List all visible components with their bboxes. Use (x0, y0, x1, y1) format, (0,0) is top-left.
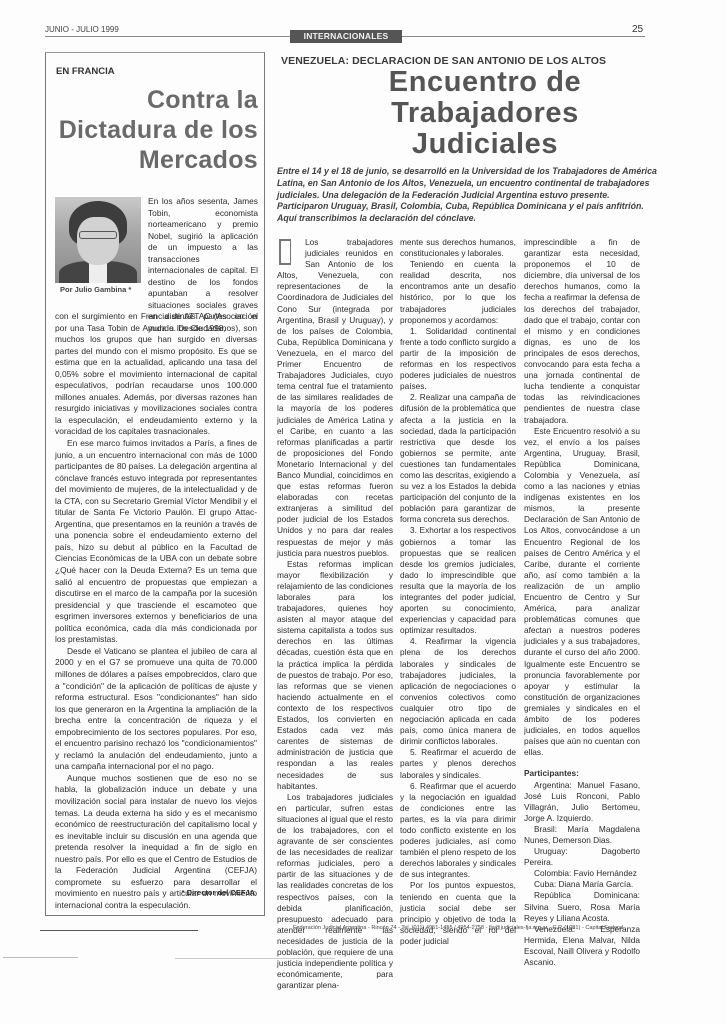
paragraph: Los trabajadores judiciales en particula… (277, 792, 393, 992)
paragraph: Este Encuentro resolvió a su vez, el env… (524, 426, 640, 759)
right-headline: Encuentro de Trabajadores Judiciales (330, 67, 640, 160)
byline: Por Julio Gambina * (60, 285, 131, 294)
paragraph: 1. Solidaridad continental frente a todo… (400, 326, 516, 393)
dropcap-icon (279, 239, 291, 265)
issue-date: JUNIO - JULIO 1999 (45, 25, 119, 34)
section-tag: INTERNACIONALES (290, 30, 402, 43)
paragraph: 6. Reafirmar que el acuerdo y la negocia… (400, 781, 516, 881)
participant-entry: Argentina: Manuel Fasano, José Luis Ronc… (524, 780, 640, 824)
participant-entry: Brasil: María Magdalena Nunes, Demerson … (524, 824, 640, 846)
left-headline: Contra la Dictadura de los Mercados (50, 85, 258, 175)
participant-entry: Uruguay: Dagoberto Pereira. (524, 846, 640, 868)
footer-contact: Federación Judicial Argentina - Rincón 7… (293, 925, 623, 931)
left-body-text: con el surgimiento en Francia de ATTAC (… (55, 311, 257, 911)
scan-artifact (3, 957, 78, 958)
left-kicker: EN FRANCIA (56, 66, 115, 77)
scan-artifact (175, 958, 335, 959)
paragraph: Estas reformas implican mayor flexibiliz… (277, 559, 393, 792)
paragraph: mente sus derechos humanos, constitucion… (400, 237, 516, 259)
column-2: mente sus derechos humanos, constitucion… (400, 237, 516, 947)
paragraph: En ese marco fuimos invitados a París, a… (55, 438, 257, 646)
paragraph: 5. Reafirmar el acuerdo de partes y plen… (400, 747, 516, 780)
paragraph: 3. Exhortar a los respectivos gobiernos … (400, 525, 516, 636)
participant-entry: República Dominicana: Silvina Suero, Ros… (524, 890, 640, 923)
paragraph: Los trabajadores judiciales reunidos en … (277, 237, 393, 559)
participant-entry: Colombia: Favio Hernández (524, 868, 640, 879)
paragraph: imprescindible a fin de garantizar esta … (524, 237, 640, 426)
page-number: 25 (632, 24, 643, 35)
column-1: Los trabajadores judiciales reunidos en … (277, 237, 393, 991)
lede: Entre el 14 y el 18 de junio, se desarro… (277, 166, 662, 225)
participant-entry: Cuba: Diana María García. (524, 879, 640, 890)
paragraph: 2. Realizar una campaña de difusión de l… (400, 392, 516, 525)
paragraph: con el surgimiento en Francia de ATTAC (… (55, 311, 257, 438)
paragraph: Por los puntos expuestos, teniendo en cu… (400, 880, 516, 947)
author-portrait-icon (55, 197, 141, 283)
left-article-box: EN FRANCIA Contra la Dictadura de los Me… (45, 52, 265, 916)
paragraph: Teniendo en cuenta la realidad descrita,… (400, 259, 516, 326)
column-3: imprescindible a fin de garantizar esta … (524, 237, 640, 968)
participants-heading: Participantes: (524, 768, 640, 779)
paragraph: 4. Reafirmar la vigencia plena de los de… (400, 636, 516, 747)
footer-rule (40, 930, 198, 931)
paragraph: Desde el Vaticano se plantea el jubileo … (55, 646, 257, 773)
author-signature: * Director del CEFJA (182, 888, 255, 897)
